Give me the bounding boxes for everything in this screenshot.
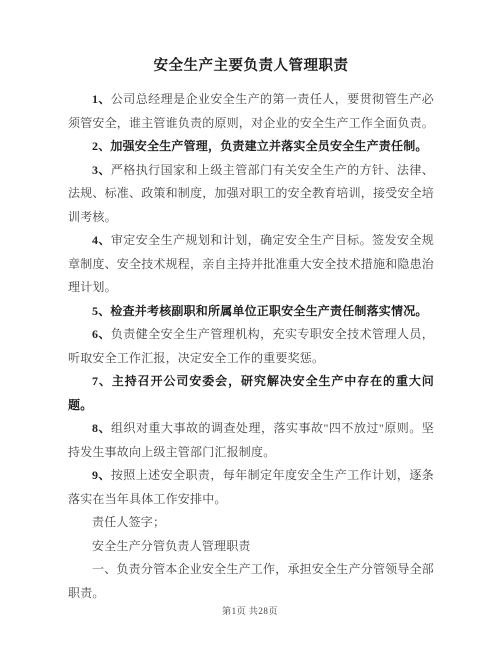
sub-item-1: 一、负责分管本企业安全生产工作，承担安全生产分管领导全部职责。 bbox=[68, 558, 434, 605]
item-number: 3、 bbox=[92, 163, 111, 177]
item-text: 主持召开公司安委会，研究解决安全生产中存在的重大问题。 bbox=[68, 374, 434, 412]
responsibility-item-3: 3、严格执行国家和上级主管部门有关安全生产的方针、法律、法规、标准、政策和制度，… bbox=[68, 159, 434, 230]
item-number: 5、 bbox=[92, 304, 110, 318]
item-text: 负责分管本企业安全生产工作，承担安全生产分管领导全部职责。 bbox=[68, 562, 434, 600]
responsibility-item-6: 6、负责健全安全生产管理机构，充实专职安全技术管理人员，听取安全工作汇报，决定安… bbox=[68, 323, 434, 370]
responsibility-item-5: 5、检查并考核副职和所属单位正职安全生产责任制落实情况。 bbox=[68, 300, 434, 324]
item-text: 公司总经理是企业安全生产的第一责任人，要贯彻管生产必须管安全，谁主管谁负责的原则… bbox=[68, 92, 434, 130]
item-text: 审定安全生产规划和计划，确定安全生产目标。签发安全规章制度、安全技术规程，亲自主… bbox=[68, 233, 434, 294]
item-number: 7、 bbox=[92, 374, 112, 388]
responsibility-item-2: 2、加强安全生产管理，负责建立并落实全员安全生产责任制。 bbox=[68, 135, 434, 159]
subtitle-text: 安全生产分管负责人管理职责 bbox=[92, 539, 251, 553]
signature-line: 责任人签字； bbox=[68, 511, 434, 535]
page-number-footer: 第1页 共28页 bbox=[0, 605, 500, 618]
item-number: 4、 bbox=[92, 233, 111, 247]
signature-text: 责任人签字； bbox=[92, 515, 165, 529]
item-number: 8、 bbox=[92, 421, 111, 435]
responsibility-item-7: 7、主持召开公司安委会，研究解决安全生产中存在的重大问题。 bbox=[68, 370, 434, 417]
responsibility-item-8: 8、组织对重大事故的调查处理，落实事故"四不放过"原则。坚持发生事故向上级主管部… bbox=[68, 417, 434, 464]
responsibility-item-9: 9、按照上述安全职责，每年制定年度安全生产工作计划，逐条落实在当年具体工作安排中… bbox=[68, 464, 434, 511]
document-content: 安全生产主要负责人管理职责 1、公司总经理是企业安全生产的第一责任人，要贯彻管生… bbox=[68, 56, 434, 605]
page-title: 安全生产主要负责人管理职责 bbox=[68, 56, 434, 76]
responsibility-item-1: 1、公司总经理是企业安全生产的第一责任人，要贯彻管生产必须管安全，谁主管谁负责的… bbox=[68, 88, 434, 135]
item-number: 1、 bbox=[92, 92, 111, 106]
item-text: 负责健全安全生产管理机构，充实专职安全技术管理人员，听取安全工作汇报，决定安全工… bbox=[68, 327, 434, 365]
item-number: 一、 bbox=[92, 562, 116, 576]
item-text: 检查并考核副职和所属单位正职安全生产责任制落实情况。 bbox=[110, 304, 427, 318]
item-number: 9、 bbox=[92, 468, 111, 482]
item-text: 严格执行国家和上级主管部门有关安全生产的方针、法律、法规、标准、政策和制度，加强… bbox=[68, 163, 434, 224]
responsibility-item-4: 4、审定安全生产规划和计划，确定安全生产目标。签发安全规章制度、安全技术规程，亲… bbox=[68, 229, 434, 300]
section-subtitle: 安全生产分管负责人管理职责 bbox=[68, 535, 434, 559]
item-text: 加强安全生产管理，负责建立并落实全员安全生产责任制。 bbox=[110, 139, 427, 153]
item-text: 按照上述安全职责，每年制定年度安全生产工作计划，逐条落实在当年具体工作安排中。 bbox=[68, 468, 434, 506]
item-number: 6、 bbox=[92, 327, 111, 341]
document-page: 安全生产主要负责人管理职责 1、公司总经理是企业安全生产的第一责任人，要贯彻管生… bbox=[0, 0, 500, 647]
item-number: 2、 bbox=[92, 139, 110, 153]
item-text: 组织对重大事故的调查处理，落实事故"四不放过"原则。坚持发生事故向上级主管部门汇… bbox=[68, 421, 434, 459]
